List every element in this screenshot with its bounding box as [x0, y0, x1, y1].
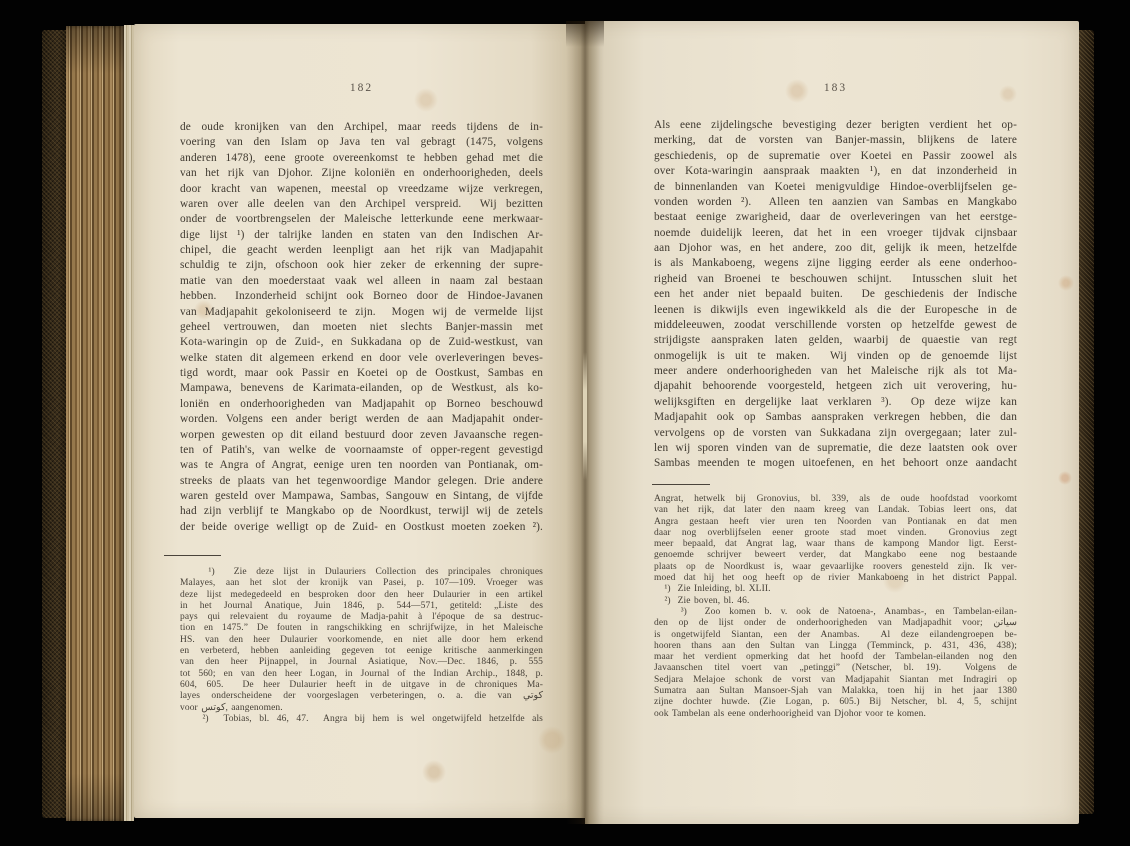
- text-line: 604, 605. De heer Dulaurier heeft in de …: [180, 680, 543, 691]
- text-line: in het Journal Anatique, Juin 1846, p. 5…: [180, 601, 543, 612]
- book-cover-edge-right: [1079, 30, 1094, 814]
- text-line: ¹) Zie deze lijst in Dulauriers Collecti…: [180, 567, 543, 578]
- text-line: hooren thans aan den Sultan van Lingga (…: [654, 641, 1017, 652]
- text-line: righeid van Broenei te beschouwen schijn…: [654, 272, 1017, 287]
- text-line: van den heer Pijnappel, in Journal Asiat…: [180, 657, 543, 668]
- text-line: tion en 1475.” De fouten in rangschikkin…: [180, 623, 543, 634]
- text-line: ¹) Zie Inleiding, bl. XLII.: [654, 584, 1017, 595]
- text-line: plaats op de Noordkust is, waar gevaarli…: [654, 562, 1017, 573]
- text-line: Angrat, hetwelk bij Gronovius, bl. 339, …: [654, 494, 1017, 505]
- text-line: geheel vertrouwen, dan moeten niet slech…: [180, 320, 543, 335]
- text-line: van Madjapahit gekoloniseerd te zijn. Mo…: [180, 305, 543, 320]
- text-line: welijksgiften en dergelijke laat verklar…: [654, 395, 1017, 410]
- text-line: Sambas meenden te mogen uitoefenen, en h…: [654, 456, 1017, 471]
- book-photo: 182 de oude kronijken van den Archipel, …: [0, 0, 1130, 846]
- text-line: tot 560; en van den heer Logan, in Journ…: [180, 669, 543, 680]
- text-line: daar nog overblijfselen eener groote sta…: [654, 528, 1017, 539]
- text-line: Javaanschen titel voert van „petinggi” (…: [654, 663, 1017, 674]
- text-line: leenen is dikwijls even ingewikkeld als …: [654, 303, 1017, 318]
- text-line: vonden worden ²). Alleen ten aanzien van…: [654, 195, 1017, 210]
- text-line: tigd wordt, maar ook Passir en Koetei op…: [180, 366, 543, 381]
- page-edge-highlight: [124, 25, 134, 821]
- text-line: worden. Volgens een ander berigt werden …: [180, 412, 543, 427]
- text-line: had zijn verblijf te Mangkabo op de Noor…: [180, 504, 543, 519]
- text-line: is als Mankaboeng, wegens zijne ligging …: [654, 256, 1017, 271]
- text-line: noemde duidelijk leeren, dat het in een …: [654, 226, 1017, 241]
- text-line: layes onderscheidene der voorgeslagen ve…: [180, 691, 543, 702]
- text-line: waren gesteld over Mampawa, Sambas, Sang…: [180, 489, 543, 504]
- text-line: onmogelijk is uit te maken. Wij vinden o…: [654, 349, 1017, 364]
- text-line: vervolgens op de vorsten van Sukkadana z…: [654, 426, 1017, 441]
- text-line: ²) Zie boven, bl. 46.: [654, 596, 1017, 607]
- text-line: Angra gestaan heeft vier uren ten Noorde…: [654, 517, 1017, 528]
- text-line: Sedjara Melajoe schonk de vorst van Madj…: [654, 675, 1017, 686]
- text-line: voering van den Islam op Java ten val ge…: [180, 135, 543, 150]
- text-line: matie van den moederstaat vaak wel allee…: [180, 274, 543, 289]
- text-line: was te Angra of Angrat, eenige uren ten …: [180, 458, 543, 473]
- text-line: Madjapahit ook op Sambas aanspraken verk…: [654, 410, 1017, 425]
- text-line: ook Tambelan als eene onderhoorigheid va…: [654, 709, 1017, 720]
- text-line: HS. van den heer Dulaurier voorkomende, …: [180, 635, 543, 646]
- text-line: deze lijst medegedeeld en besproken door…: [180, 590, 543, 601]
- text-line: ten of Patih's, van welke de voornaamste…: [180, 443, 543, 458]
- text-line: van het rijk van Djohor. Zijne koloniën …: [180, 166, 543, 181]
- footnote-rule: [652, 484, 710, 485]
- text-line: moed dat hij het oog heeft op de rivier …: [654, 573, 1017, 584]
- text-line: de oude kronijken van den Archipel, maar…: [180, 120, 543, 135]
- page-182: 182 de oude kronijken van den Archipel, …: [134, 24, 585, 818]
- text-line: djapahit behoorende voorgesteld, hetgeen…: [654, 379, 1017, 394]
- text-line: waren over alle deelen van den Archipel …: [180, 197, 543, 212]
- text-line: over Kota-waringin aanspraak maakten ¹),…: [654, 164, 1017, 179]
- text-line: van het rijk, dat later den naam kreeg v…: [654, 505, 1017, 516]
- text-line: en verbeterd, hebben aanleiding gegeven …: [180, 646, 543, 657]
- text-line: bestaat eenige zwarigheid, daar de overl…: [654, 210, 1017, 225]
- text-line: Kota-waringin op de Zuid-, en Sukkadana …: [180, 335, 543, 350]
- text-line: Sumatra aan Sultan Mansoer-Sjah van Mala…: [654, 686, 1017, 697]
- text-line: een het ander niet bepaald buiten. De ge…: [654, 287, 1017, 302]
- text-line: zijne dochter huwde. (Zie Logan, p. 605.…: [654, 697, 1017, 708]
- text-line: ³) Zoo komen b. v. ook de Natoena-, Anam…: [654, 607, 1017, 618]
- text-line: Mampawa, benevens de Karimata-eilanden, …: [180, 381, 543, 396]
- text-line: der beide overige welligt op de Zuid- en…: [180, 520, 543, 535]
- page-edge-stack: [66, 26, 124, 821]
- footnote-rule: [164, 555, 221, 556]
- footnotes: ¹) Zie deze lijst in Dulauriers Collecti…: [180, 567, 543, 725]
- text-line: hebben. Inzonderheid schijnt ook Borneo …: [180, 289, 543, 304]
- text-line: pays qui relevaient du royaume de Madja-…: [180, 612, 543, 623]
- text-line: is ongetwijfeld Siantan, een der Anambas…: [654, 630, 1017, 641]
- page-number: 183: [654, 82, 1017, 94]
- text-line: merking, dat de vorsten van Banjer-massi…: [654, 133, 1017, 148]
- text-line: meer bepaald, dat Angrat lag, waar thans…: [654, 539, 1017, 550]
- text-line: maar het verdient opmerking dat het hoof…: [654, 652, 1017, 663]
- text-line: dige lijst ¹) der talrijke landen en sta…: [180, 228, 543, 243]
- text-line: middeleeuwen, zoodat verschillende vorst…: [654, 318, 1017, 333]
- text-line: schuldig te zijn, ofschoon ook hier zeke…: [180, 258, 543, 273]
- text-line: anderen 1478), eene groote overeenkomst …: [180, 151, 543, 166]
- text-line: aan Djohor was, en het andere, zoo dit, …: [654, 241, 1017, 256]
- text-line: meer andere onderhoorigheden van het Mal…: [654, 364, 1017, 379]
- body-text: de oude kronijken van den Archipel, maar…: [180, 120, 543, 535]
- text-line: streeks de plaats van het tegenwoordige …: [180, 474, 543, 489]
- text-line: chipel, die geacht werden leenpligt aan …: [180, 243, 543, 258]
- text-line: genoemde schrijver beweert verder, dat M…: [654, 550, 1017, 561]
- text-line: voor كوتس, aangenomen.: [180, 703, 543, 714]
- text-line: Malayes, aan het slot der kronijk van Pa…: [180, 578, 543, 589]
- text-line: de binnenlanden van Koetei menigvuldige …: [654, 180, 1017, 195]
- text-line: len wij sporen vinden van de suprematie,…: [654, 441, 1017, 456]
- text-line: door kracht van wapenen, meestal op vree…: [180, 182, 543, 197]
- page-183: 183 Als eene zijdelingsche bevestiging d…: [585, 21, 1079, 824]
- text-line: Als eene zijdelingsche bevestiging dezer…: [654, 118, 1017, 133]
- text-line: worpen gewesten op dit eiland bestuurd d…: [180, 428, 543, 443]
- body-text: Als eene zijdelingsche bevestiging dezer…: [654, 118, 1017, 472]
- footnotes: Angrat, hetwelk bij Gronovius, bl. 339, …: [654, 494, 1017, 720]
- text-line: den op de lijst onder de onderhoorighede…: [654, 618, 1017, 629]
- text-line: loniën en onderhoorigheden van Madjapahi…: [180, 397, 543, 412]
- text-line: geschiedenis, op de suprematie over Koet…: [654, 149, 1017, 164]
- text-line: strijdigste aanspraken laten gelden, waa…: [654, 333, 1017, 348]
- text-line: onder de voortbrengselen der Maleische l…: [180, 212, 543, 227]
- text-line: ²) Tobias, bl. 46, 47. Angra bij hem is …: [180, 714, 543, 725]
- page-number: 182: [180, 82, 543, 94]
- text-line: welke staten dit algemeen erkend en door…: [180, 351, 543, 366]
